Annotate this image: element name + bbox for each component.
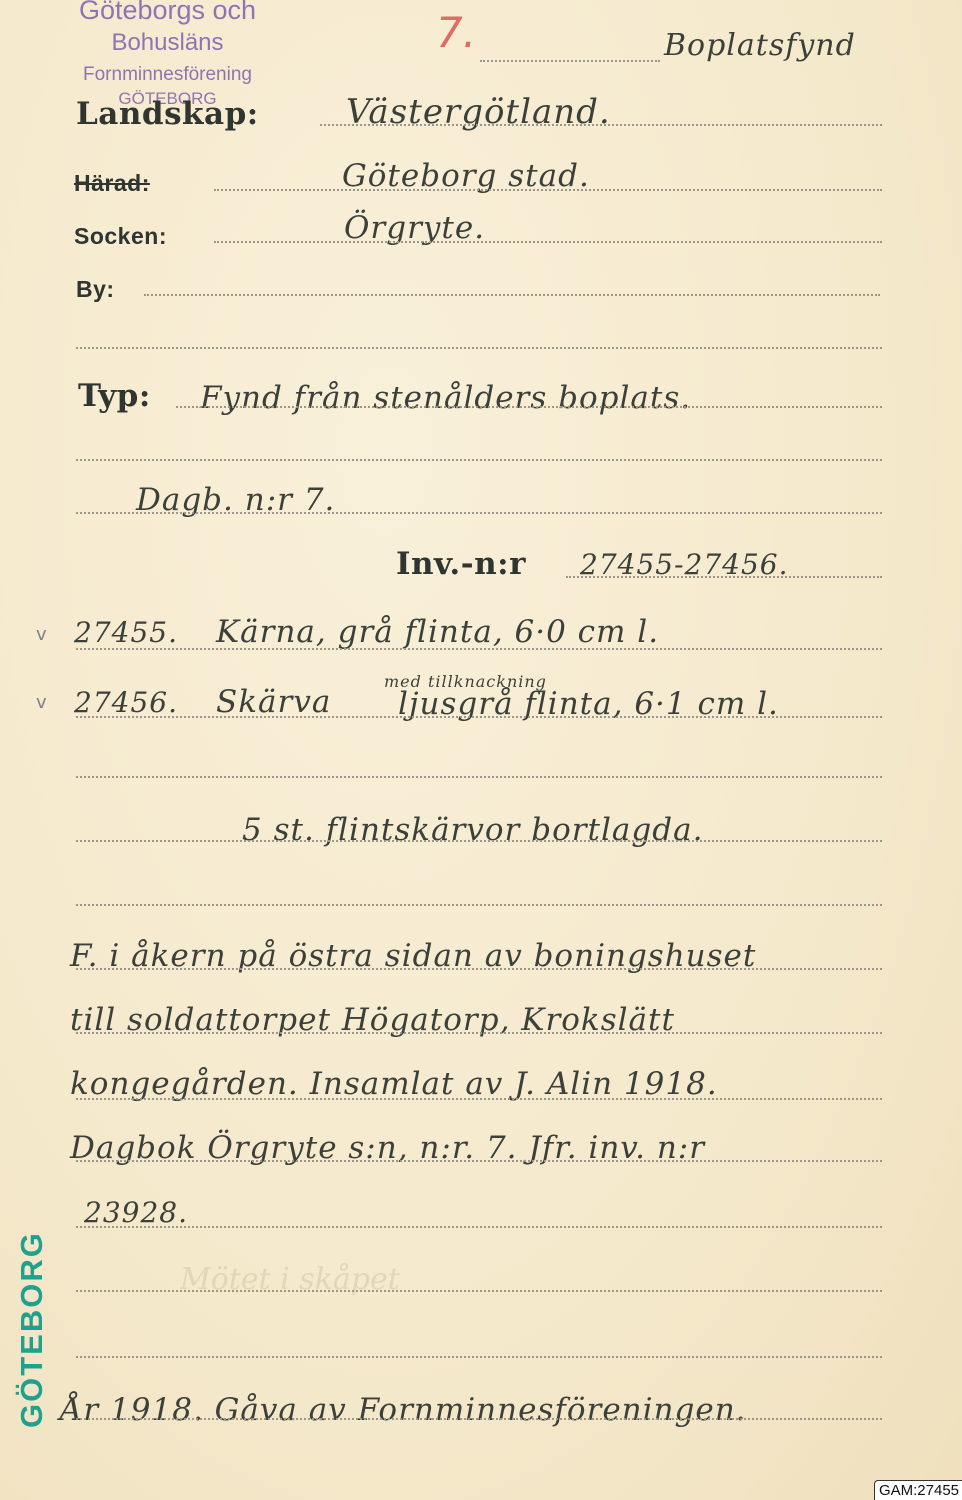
line-find-5: [76, 1226, 882, 1228]
blank-line-3: [76, 776, 882, 778]
line-by: [144, 294, 880, 296]
line-harad: [214, 189, 882, 191]
value-typ: Fynd från stenålders boplats.: [200, 380, 691, 416]
line-acquisition: [76, 1418, 882, 1420]
removed-note: 5 st. flintskärvor bortlagda.: [242, 812, 703, 848]
stamp-line-2: Bohusläns: [40, 26, 295, 60]
line-find-2: [76, 1032, 882, 1034]
label-by: By:: [76, 276, 115, 303]
acquisition-note: År 1918. Gåva av Fornminnesföreningen.: [60, 1392, 747, 1428]
item-number: 27455.: [74, 616, 178, 649]
item-description: Skärva: [216, 684, 331, 720]
stamp-line-3: Fornminnesförening: [40, 60, 295, 90]
value-landskap: Västergötland.: [346, 92, 611, 132]
blank-line-4: [76, 904, 882, 906]
line-typ: [176, 406, 882, 408]
label-harad: Härad:: [74, 170, 150, 197]
catalog-id-badge: GAM:27455: [874, 1480, 962, 1500]
red-card-number: 7.: [436, 8, 476, 57]
line-dagbok: [76, 512, 882, 514]
category-text: Boplatsfynd: [664, 28, 856, 63]
item-number: 27456.: [74, 686, 178, 719]
label-typ: Typ:: [78, 378, 151, 414]
label-inventory: Inv.-n:r: [396, 546, 526, 582]
checkmark-icon: v: [36, 624, 47, 645]
line-item-2: [76, 716, 882, 718]
line-find-3: [76, 1098, 882, 1100]
vertical-goteborg-stamp: GÖTEBORG: [14, 1231, 50, 1428]
find-description-line-5: 23928.: [84, 1196, 188, 1229]
line-landskap: [320, 124, 882, 126]
blank-line-1: [76, 347, 882, 349]
label-socken: Socken:: [74, 223, 167, 250]
line-find-4: [76, 1160, 882, 1162]
stamp-line-1: Göteborgs och: [40, 0, 295, 26]
find-description-line-3: kongegården. Insamlat av J. Alin 1918.: [70, 1066, 718, 1102]
line-inventory: [566, 576, 882, 578]
checkmark-icon: v: [36, 692, 47, 713]
item-description: Kärna, grå flinta, 6·0 cm l.: [216, 614, 659, 650]
line-find-1: [76, 968, 882, 970]
institution-stamp: Göteborgs och Bohusläns Fornminnesföreni…: [40, 0, 295, 110]
label-landskap: Landskap:: [76, 96, 259, 132]
line-socken: [214, 241, 882, 243]
category-line: [480, 60, 660, 62]
blank-line-5: [76, 1290, 882, 1292]
line-item-1: [76, 648, 882, 650]
line-removed: [76, 840, 882, 842]
blank-line-2: [76, 459, 882, 461]
blank-line-6: [76, 1356, 882, 1358]
